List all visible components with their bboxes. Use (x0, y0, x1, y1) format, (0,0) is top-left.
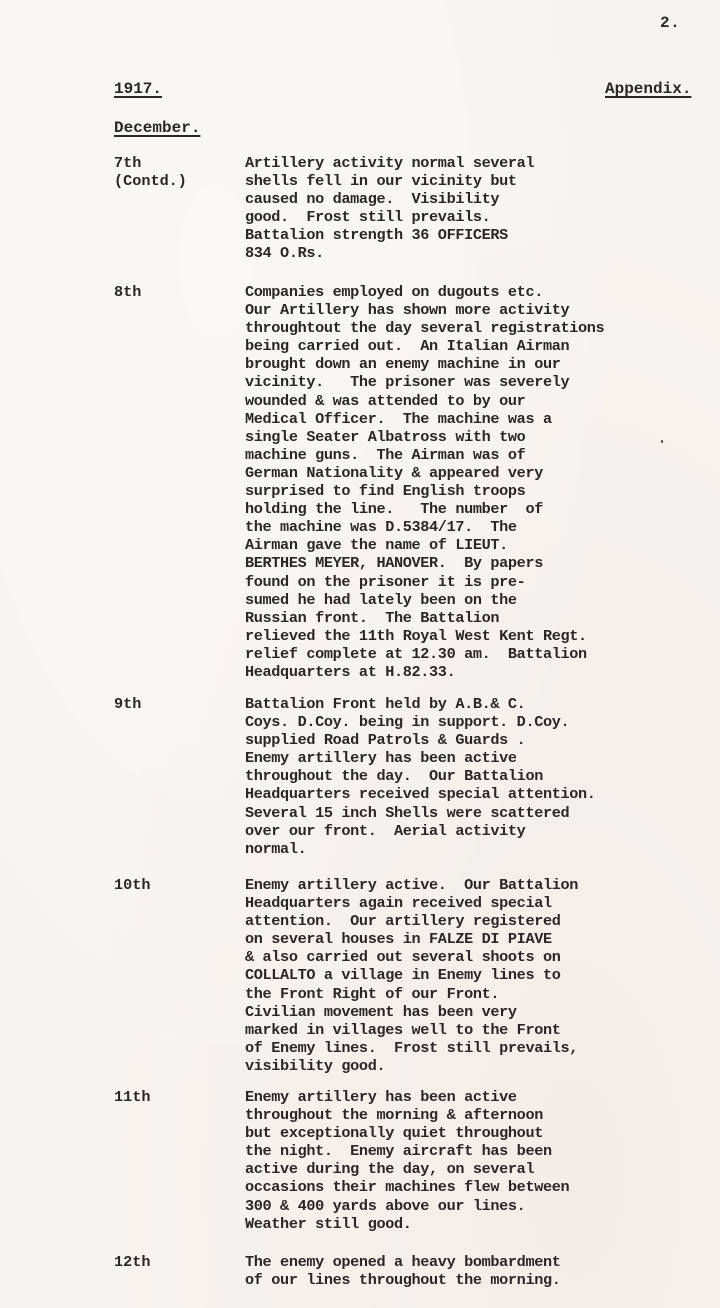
entry-line: good. Frost still prevails. (245, 208, 720, 226)
entry-date: 12th (114, 1253, 234, 1271)
entry-line: surprised to find English troops (245, 482, 720, 500)
entry-line: Enemy artillery has been active (245, 1088, 720, 1106)
entry-line: Coys. D.Coy. being in support. D.Coy. (245, 713, 720, 731)
entry-line: of our lines throughout the morning. (245, 1271, 720, 1289)
entry-line: The enemy opened a heavy bombardment (245, 1253, 720, 1271)
entry-date: 8th (114, 283, 234, 301)
entry-line: 834 O.Rs. (245, 244, 720, 262)
entry-body: Enemy artillery active. Our Battalion He… (245, 876, 720, 1075)
entry-line: German Nationality & appeared very (245, 464, 720, 482)
entry-date: 7th (Contd.) (114, 154, 234, 190)
entry-date: 10th (114, 876, 234, 894)
entry-line: the machine was D.5384/17. The (245, 518, 720, 536)
entry-line: machine guns. The Airman was of (245, 446, 720, 464)
entry-line: active during the day, on several (245, 1160, 720, 1178)
entry-line: over our front. Aerial activity (245, 822, 720, 840)
entry-line: holding the line. The number of (245, 500, 720, 518)
entry-line: 300 & 400 yards above our lines. (245, 1197, 720, 1215)
entry-line: Enemy artillery active. Our Battalion (245, 876, 720, 894)
entry-line: wounded & was attended to by our (245, 392, 720, 410)
entry-line: throughout the morning & afternoon (245, 1106, 720, 1124)
entry-line: Headquarters at H.82.33. (245, 663, 720, 681)
entry-line: Battalion strength 36 OFFICERS (245, 226, 720, 244)
entry-body: Companies employed on dugouts etc. Our A… (245, 283, 720, 681)
entry-line: brought down an enemy machine in our (245, 355, 720, 373)
header-appendix: Appendix. (605, 80, 691, 98)
entry-body: Enemy artillery has been active througho… (245, 1088, 720, 1233)
entry-line: Headquarters again received special (245, 894, 720, 912)
entry-line: throughtout the day several registration… (245, 319, 720, 337)
entry-line: being carried out. An Italian Airman (245, 337, 720, 355)
entry-line: Airman gave the name of LIEUT. (245, 536, 720, 554)
entry-line: & also carried out several shoots on (245, 948, 720, 966)
entry-line: visibility good. (245, 1057, 720, 1075)
entry-line: caused no damage. Visibility (245, 190, 720, 208)
document-page: 2. 1917. Appendix. December. 7th (Contd.… (0, 0, 720, 1308)
entry-line: the night. Enemy aircraft has been (245, 1142, 720, 1160)
entry-line: COLLALTO a village in Enemy lines to (245, 966, 720, 984)
entry-line: sumed he had lately been on the (245, 591, 720, 609)
entry-line: single Seater Albatross with two (245, 428, 720, 446)
entry-line: relief complete at 12.30 am. Battalion (245, 645, 720, 663)
entry-line: Headquarters received special attention. (245, 785, 720, 803)
entry-line: Russian front. The Battalion (245, 609, 720, 627)
entry-line: Companies employed on dugouts etc. (245, 283, 720, 301)
entry-line: Enemy artillery has been active (245, 749, 720, 767)
entry-date-note: (Contd.) (114, 172, 187, 190)
entry-line: supplied Road Patrols & Guards . (245, 731, 720, 749)
entry-line: Artillery activity normal several (245, 154, 720, 172)
entry-line: occasions their machines flew between (245, 1178, 720, 1196)
entry-line: Several 15 inch Shells were scattered (245, 804, 720, 822)
page-number: 2. (660, 14, 680, 32)
entry-line: Our Artillery has shown more activity (245, 301, 720, 319)
entry-line: Weather still good. (245, 1215, 720, 1233)
entry-date-label: 7th (114, 154, 141, 172)
entry-line: on several houses in FALZE DI PIAVE (245, 930, 720, 948)
entry-line: found on the prisoner it is pre- (245, 573, 720, 591)
entry-date: 9th (114, 695, 234, 713)
header-month: December. (114, 119, 200, 137)
entry-line: Civilian movement has been very (245, 1003, 720, 1021)
entry-line: normal. (245, 840, 720, 858)
entry-line: Battalion Front held by A.B.& C. (245, 695, 720, 713)
entry-body: The enemy opened a heavy bombardment of … (245, 1253, 720, 1289)
header-year: 1917. (114, 80, 162, 98)
entry-body: Artillery activity normal several shells… (245, 154, 720, 263)
entry-line: throughout the day. Our Battalion (245, 767, 720, 785)
entry-line: of Enemy lines. Frost still prevails, (245, 1039, 720, 1057)
entry-line: marked in villages well to the Front (245, 1021, 720, 1039)
entry-date: 11th (114, 1088, 234, 1106)
entry-line: vicinity. The prisoner was severely (245, 373, 720, 391)
entry-line: the Front Right of our Front. (245, 985, 720, 1003)
entry-line: attention. Our artillery registered (245, 912, 720, 930)
entry-body: Battalion Front held by A.B.& C. Coys. D… (245, 695, 720, 858)
ink-speck (661, 440, 663, 443)
entry-line: but exceptionally quiet throughout (245, 1124, 720, 1142)
entry-line: shells fell in our vicinity but (245, 172, 720, 190)
entry-line: Medical Officer. The machine was a (245, 410, 720, 428)
entry-line: relieved the 11th Royal West Kent Regt. (245, 627, 720, 645)
entry-line: BERTHES MEYER, HANOVER. By papers (245, 554, 720, 572)
